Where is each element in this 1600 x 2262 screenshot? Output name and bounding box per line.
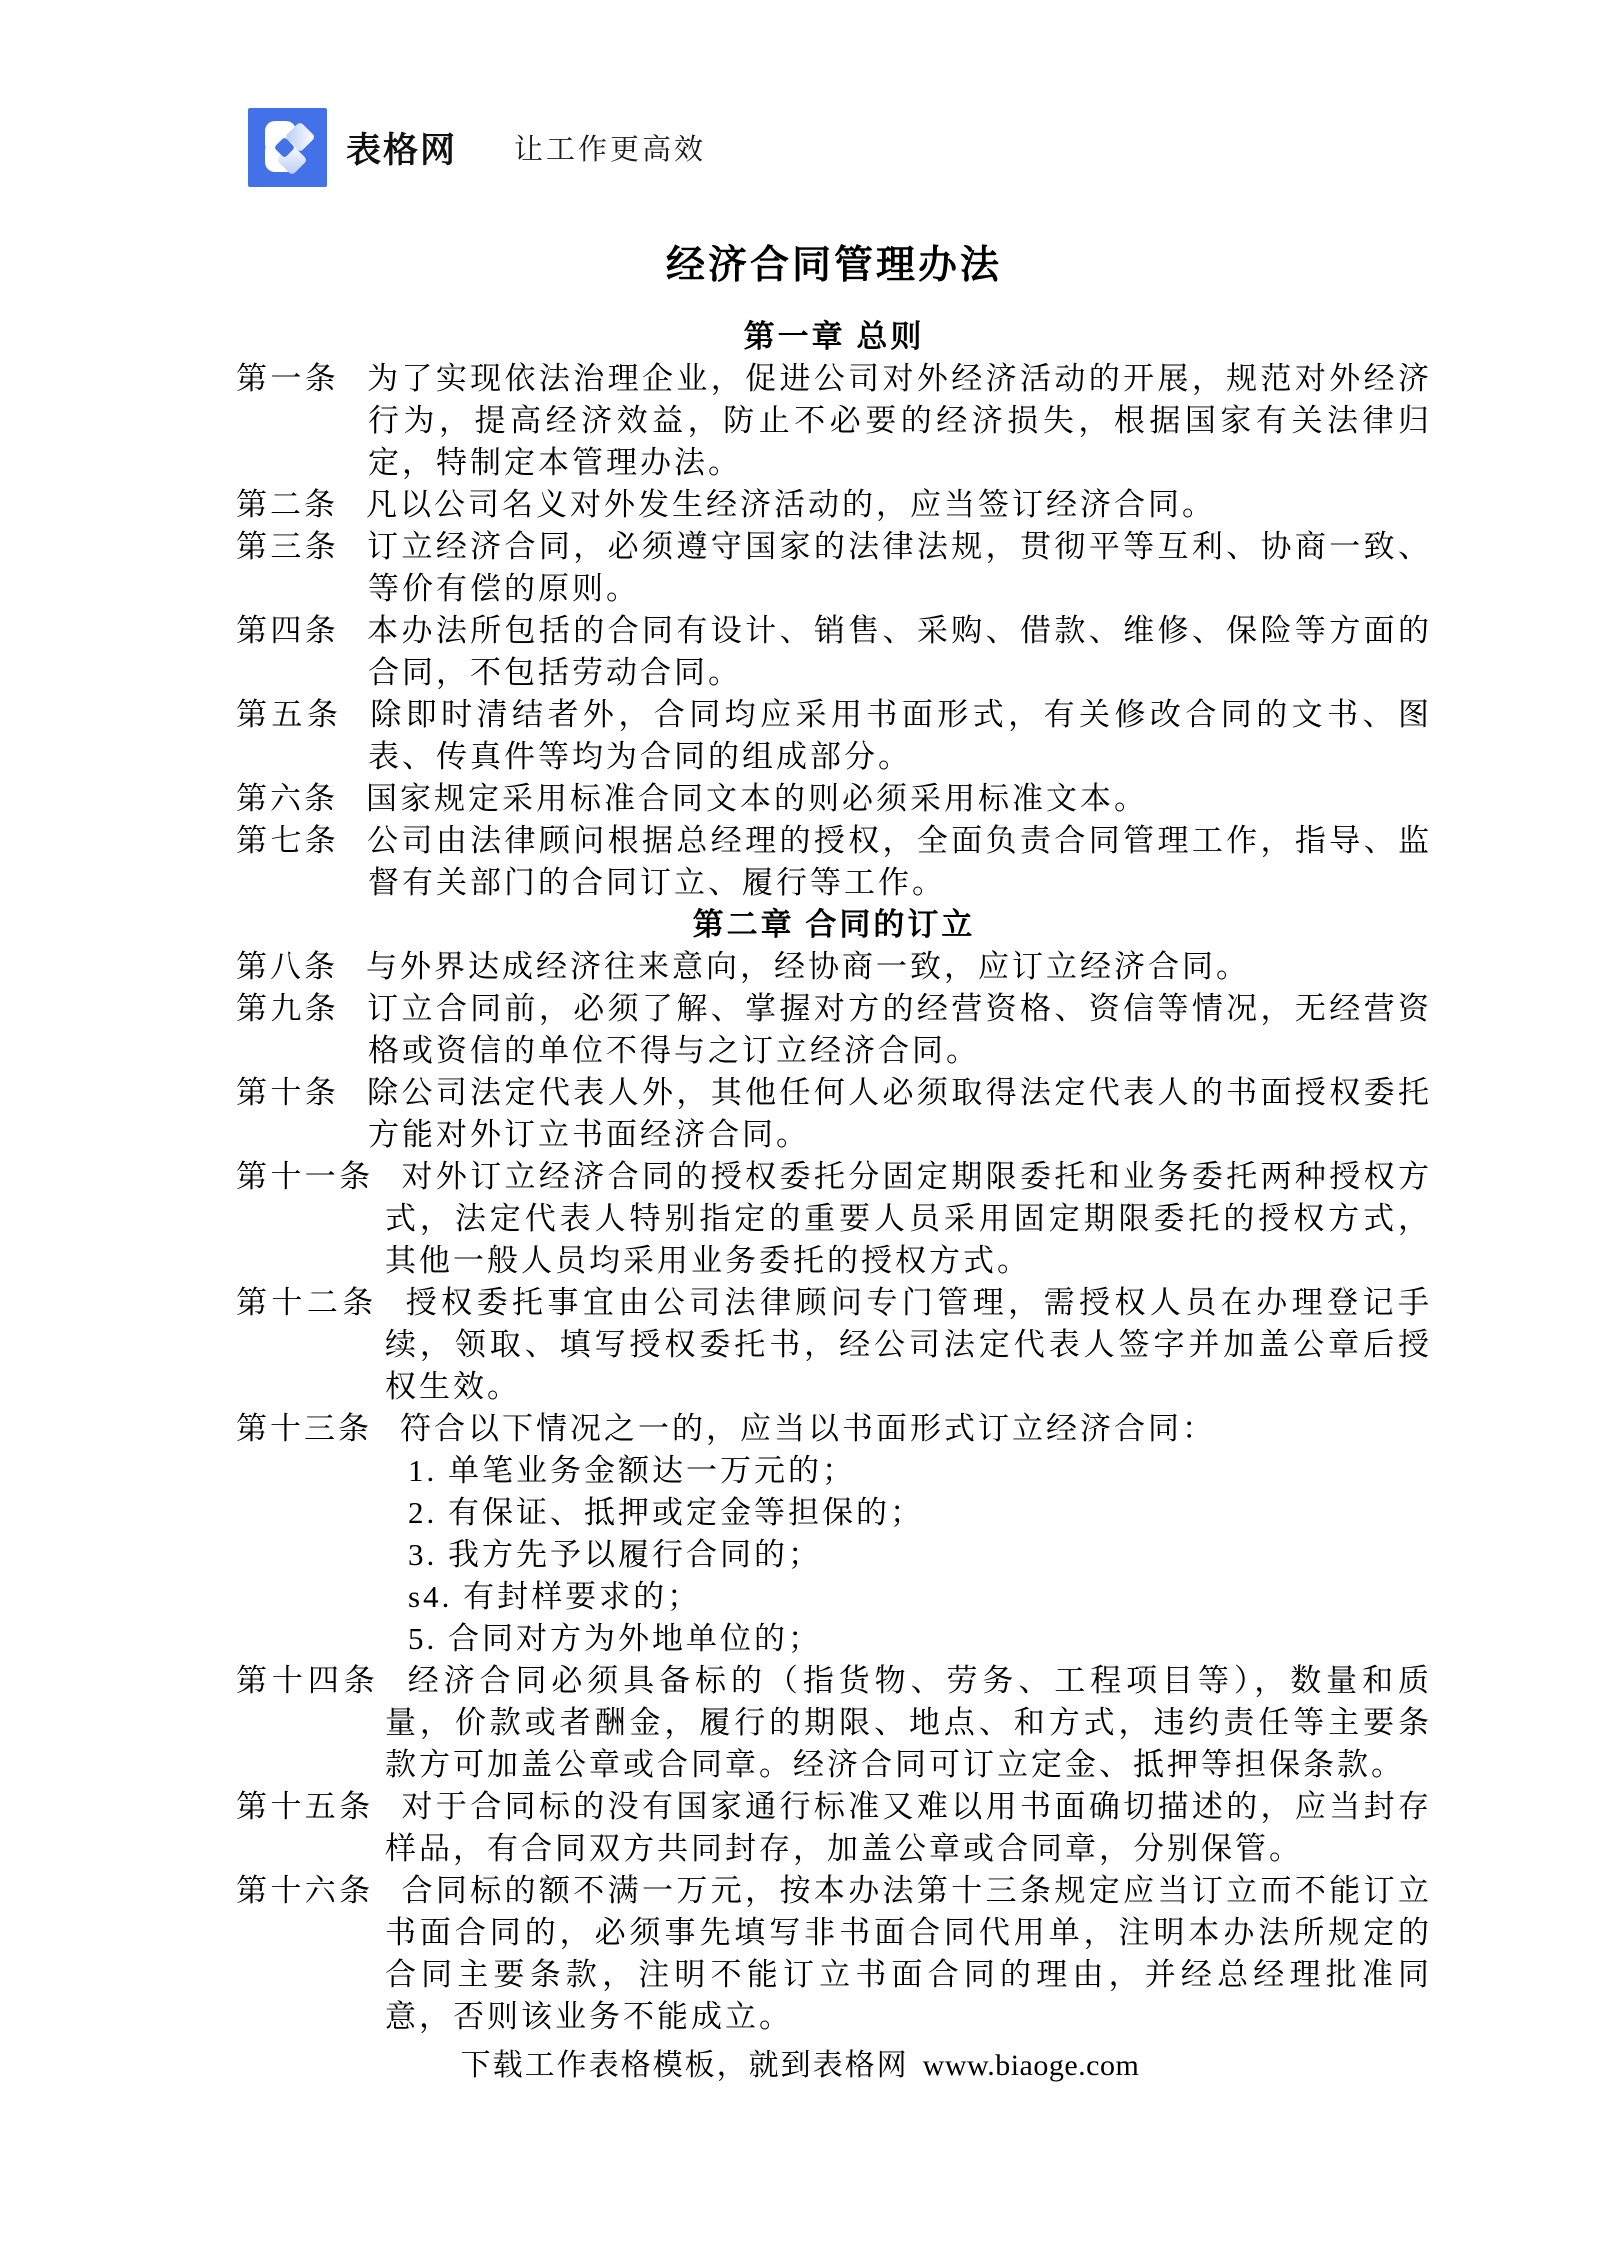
article-label: 第三条	[236, 529, 339, 564]
article-12: 第十二条授权委托事宜由公司法律顾问专门管理，需授权人员在办理登记手续，领取、填写…	[236, 1282, 1432, 1408]
article-label: 第二条	[236, 487, 338, 522]
article-label: 第九条	[236, 991, 339, 1026]
article-4: 第四条本办法所包括的合同有设计、销售、采购、借款、维修、保险等方面的合同，不包括…	[236, 610, 1432, 694]
footer-url[interactable]: www.biaoge.com	[923, 2049, 1140, 2082]
article-14: 第十四条经济合同必须具备标的（指货物、劳务、工程项目等），数量和质量，价款或者酬…	[236, 1660, 1432, 1786]
article-label: 第六条	[236, 781, 338, 816]
article-10: 第十条除公司法定代表人外，其他任何人必须取得法定代表人的书面授权委托方能对外订立…	[236, 1072, 1432, 1156]
article-11: 第十一条对外订立经济合同的授权委托分固定期限委托和业务委托两种授权方式，法定代表…	[236, 1156, 1432, 1282]
article-8: 第八条与外界达成经济往来意向，经协商一致，应订立经济合同。	[236, 946, 1432, 988]
article-text: 授权委托事宜由公司法律顾问专门管理，需授权人员在办理登记手续，领取、填写授权委托…	[385, 1285, 1432, 1404]
list-item-5: 5. 合同对方为外地单位的；	[236, 1618, 1432, 1660]
biaoge-logo-icon	[248, 108, 327, 187]
article-label: 第五条	[236, 697, 342, 732]
article-7: 第七条公司由法律顾问根据总经理的授权，全面负责合同管理工作，指导、监督有关部门的…	[236, 820, 1432, 904]
article-3: 第三条订立经济合同，必须遵守国家的法律法规，贯彻平等互利、协商一致、等价有偿的原…	[236, 526, 1432, 610]
article-text: 与外界达成经济往来意向，经协商一致，应订立经济合同。	[366, 949, 1250, 984]
article-text: 符合以下情况之一的，应当以书面形式订立经济合同：	[400, 1411, 1216, 1446]
article-text: 国家规定采用标准合同文本的则必须采用标准文本。	[366, 781, 1148, 816]
chapter-1-heading: 第一章 总则	[236, 316, 1432, 358]
article-text: 除即时清结者外，合同均应采用书面形式，有关修改合同的文书、图表、传真件等均为合同…	[368, 697, 1432, 774]
article-label: 第一条	[236, 361, 339, 396]
brand-tagline: 让工作更高效	[514, 127, 706, 168]
document-content: 经济合同管理办法 第一章 总则 第一条为了实现依法治理企业，促进公司对外经济活动…	[236, 243, 1432, 2038]
article-text: 经济合同必须具备标的（指货物、劳务、工程项目等），数量和质量，价款或者酬金，履行…	[385, 1663, 1432, 1782]
article-label: 第十二条	[236, 1285, 378, 1320]
article-text: 除公司法定代表人外，其他任何人必须取得法定代表人的书面授权委托方能对外订立书面经…	[367, 1075, 1432, 1152]
article-label: 第十条	[236, 1075, 339, 1110]
article-text: 凡以公司名义对外发生经济活动的，应当签订经济合同。	[366, 487, 1216, 522]
article-9: 第九条订立合同前，必须了解、掌握对方的经营资格、资信等情况，无经营资格或资信的单…	[236, 988, 1432, 1072]
article-text: 订立合同前，必须了解、掌握对方的经营资格、资信等情况，无经营资格或资信的单位不得…	[367, 991, 1432, 1068]
article-text: 对于合同标的没有国家通行标准又难以用书面确切描述的，应当封存样品，有合同双方共同…	[385, 1789, 1432, 1866]
article-text: 对外订立经济合同的授权委托分固定期限委托和业务委托两种授权方式，法定代表人特别指…	[385, 1159, 1432, 1278]
list-item-2: 2. 有保证、抵押或定金等担保的；	[236, 1492, 1432, 1534]
page-footer: 下载工作表格模板，就到表格网www.biaoge.com	[0, 2040, 1600, 2084]
chapter-2-heading: 第二章 合同的订立	[236, 904, 1432, 946]
page-title: 经济合同管理办法	[236, 243, 1432, 289]
list-item-3: 3. 我方先予以履行合同的；	[236, 1534, 1432, 1576]
article-label: 第十三条	[236, 1411, 372, 1446]
list-item-4: s4. 有封样要求的；	[236, 1576, 1432, 1618]
article-label: 第十五条	[236, 1789, 373, 1824]
article-1: 第一条为了实现依法治理企业，促进公司对外经济活动的开展，规范对外经济行为，提高经…	[236, 358, 1432, 484]
article-16: 第十六条合同标的额不满一万元，按本办法第十三条规定应当订立而不能订立书面合同的，…	[236, 1870, 1432, 2038]
article-label: 第十一条	[236, 1159, 373, 1194]
article-label: 第十四条	[236, 1663, 380, 1698]
site-header: 表格网 让工作更高效	[248, 108, 706, 187]
footer-text: 下载工作表格模板，就到表格网	[461, 2049, 909, 2082]
article-text: 合同标的额不满一万元，按本办法第十三条规定应当订立而不能订立书面合同的，必须事先…	[385, 1873, 1432, 2034]
article-text: 订立经济合同，必须遵守国家的法律法规，贯彻平等互利、协商一致、等价有偿的原则。	[367, 529, 1432, 606]
article-text: 为了实现依法治理企业，促进公司对外经济活动的开展，规范对外经济行为，提高经济效益…	[367, 361, 1432, 480]
article-15: 第十五条对于合同标的没有国家通行标准又难以用书面确切描述的，应当封存样品，有合同…	[236, 1786, 1432, 1870]
article-13: 第十三条符合以下情况之一的，应当以书面形式订立经济合同：	[236, 1408, 1432, 1450]
article-2: 第二条凡以公司名义对外发生经济活动的，应当签订经济合同。	[236, 484, 1432, 526]
article-text: 本办法所包括的合同有设计、销售、采购、借款、维修、保险等方面的合同，不包括劳动合…	[367, 613, 1432, 690]
article-text: 公司由法律顾问根据总经理的授权，全面负责合同管理工作，指导、监督有关部门的合同订…	[367, 823, 1432, 900]
document-page: 表格网 让工作更高效 经济合同管理办法 第一章 总则 第一条为了实现依法治理企业…	[0, 0, 1600, 2262]
article-6: 第六条国家规定采用标准合同文本的则必须采用标准文本。	[236, 778, 1432, 820]
brand-name: 表格网	[346, 123, 457, 173]
article-5: 第五条除即时清结者外，合同均应采用书面形式，有关修改合同的文书、图表、传真件等均…	[236, 694, 1432, 778]
article-label: 第八条	[236, 949, 338, 984]
list-item-1: 1. 单笔业务金额达一万元的；	[236, 1450, 1432, 1492]
article-label: 第十六条	[236, 1873, 373, 1908]
article-label: 第七条	[236, 823, 339, 858]
article-label: 第四条	[236, 613, 339, 648]
